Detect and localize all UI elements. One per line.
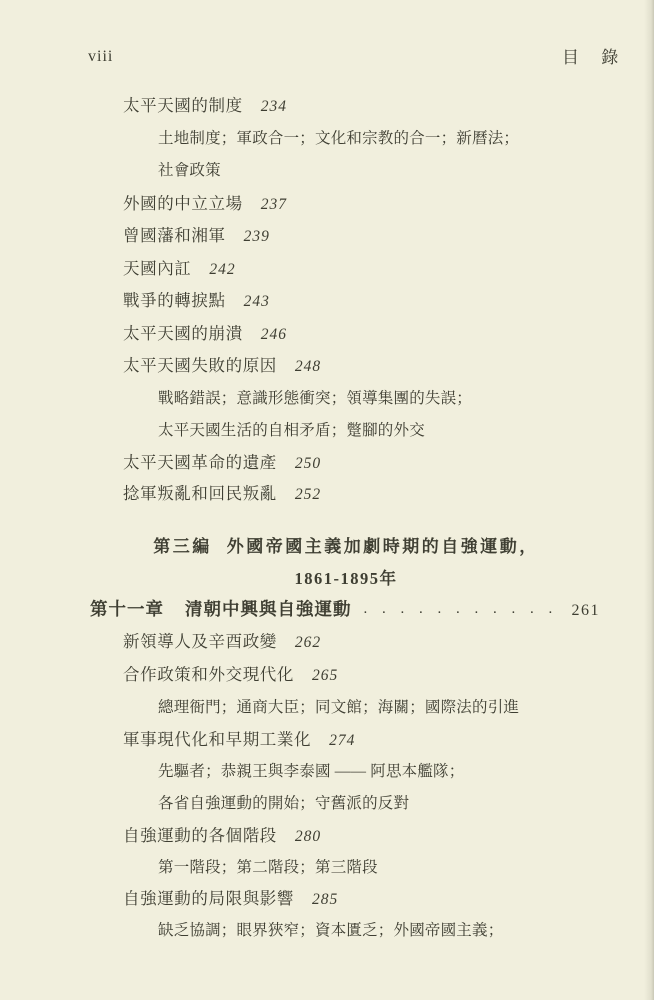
toc-subtopic: 太平天國生活的自相矛盾；蹩腳的外交 [158, 420, 425, 442]
toc-subtopic: 土地制度；軍政合一；文化和宗教的合一；新曆法； [158, 128, 519, 150]
toc-subtopic-text: 各省自強運動的開始；守舊派的反對 [158, 795, 409, 812]
toc-entry-page: 242 [209, 261, 235, 278]
running-title: 目 錄 [562, 47, 627, 69]
toc-entry-title: 合作政策和外交現代化 [123, 665, 294, 684]
toc-entry-title: 外國的中立立場 [123, 194, 243, 213]
toc-entry: 自強運動的各個階段280 [123, 825, 321, 848]
toc-entry: 軍事現代化和早期工業化274 [123, 729, 355, 752]
toc-entry-title: 新領導人及辛酉政變 [123, 632, 277, 651]
toc-entry-page: 239 [244, 228, 270, 245]
toc-entry-title: 天國內訌 [123, 259, 191, 278]
folio-page-number: viii [88, 46, 113, 68]
toc-entry-page: 237 [261, 196, 287, 213]
toc-entry-page: 243 [244, 293, 270, 310]
toc-subtopic: 戰略錯誤；意識形態衝突；領導集團的失誤； [158, 388, 472, 410]
toc-subtopic-text: 先驅者；恭親王與李泰國 —— 阿思本艦隊； [158, 763, 464, 780]
page-edge-shadow [644, 0, 654, 1000]
toc-entry-page: 246 [261, 326, 287, 343]
chapter-page: 261 [572, 600, 601, 622]
toc-subtopic-text: 社會政策 [158, 162, 221, 179]
toc-entry: 合作政策和外交現代化265 [123, 664, 338, 687]
toc-entry-page: 262 [295, 634, 321, 651]
chapter-heading: 第十一章 清朝中興與自強運動 . . . . . . . . . . . . .… [90, 598, 600, 622]
toc-subtopic: 總理衙門；通商大臣；同文館；海關；國際法的引進 [158, 697, 519, 719]
toc-subtopic: 先驅者；恭親王與李泰國 —— 阿思本艦隊； [158, 761, 464, 783]
part-title: 外國帝國主義加劇時期的自強運動， [227, 537, 539, 556]
toc-entry: 太平天國的崩潰246 [123, 323, 287, 346]
toc-entry-title: 自強運動的各個階段 [123, 826, 277, 845]
part-years: 1861-1895年 [88, 568, 604, 590]
toc-entry-title: 太平天國的制度 [123, 96, 243, 115]
toc-entry-page: 280 [295, 828, 321, 845]
toc-entry: 太平天國革命的遺產250 [123, 452, 321, 475]
toc-subtopic: 第一階段；第二階段；第三階段 [158, 857, 378, 879]
part-heading: 第三編外國帝國主義加劇時期的自強運動， [88, 536, 604, 558]
toc-entry-page: 285 [312, 891, 338, 908]
toc-subtopic-text: 太平天國生活的自相矛盾；蹩腳的外交 [158, 422, 425, 439]
toc-entry-page: 265 [312, 667, 338, 684]
toc-entry-page: 274 [329, 732, 355, 749]
dot-leader: . . . . . . . . . . . . . . . . . . . . … [364, 598, 566, 620]
toc-entry-page: 248 [295, 358, 321, 375]
toc-entry-title: 捻軍叛亂和回民叛亂 [123, 484, 277, 503]
toc-subtopic-text: 第一階段；第二階段；第三階段 [158, 859, 378, 876]
toc-subtopic-text: 戰略錯誤；意識形態衝突；領導集團的失誤； [158, 390, 472, 407]
toc-entry: 捻軍叛亂和回民叛亂252 [123, 483, 321, 506]
toc-entry-title: 自強運動的局限與影響 [123, 889, 294, 908]
toc-entry-title: 太平天國革命的遺產 [123, 453, 277, 472]
toc-entry: 外國的中立立場237 [123, 193, 287, 216]
toc-subtopic: 缺乏協調；眼界狹窄；資本匱乏；外國帝國主義； [158, 920, 503, 942]
toc-entry: 自強運動的局限與影響285 [123, 888, 338, 911]
toc-entry: 太平天國的制度234 [123, 95, 287, 118]
chapter-number: 第十一章 [90, 598, 164, 620]
toc-subtopic-text: 缺乏協調；眼界狹窄；資本匱乏；外國帝國主義； [158, 922, 503, 939]
toc-entry-page: 252 [295, 486, 321, 503]
toc-entry-title: 太平天國失敗的原因 [123, 356, 277, 375]
toc-entry-page: 234 [261, 98, 287, 115]
toc-entry: 戰爭的轉捩點243 [123, 290, 270, 313]
toc-subtopic-text: 土地制度；軍政合一；文化和宗教的合一；新曆法； [158, 130, 519, 147]
toc-entry: 天國內訌242 [123, 258, 236, 281]
chapter-title: 清朝中興與自強運動 [185, 598, 352, 620]
toc-subtopic: 各省自強運動的開始；守舊派的反對 [158, 793, 409, 815]
toc-subtopic-text: 總理衙門；通商大臣；同文館；海關；國際法的引進 [158, 699, 519, 716]
part-label: 第三編 [153, 537, 212, 556]
toc-subtopic: 社會政策 [158, 160, 221, 182]
toc-page: viii 目 錄 太平天國的制度234 土地制度；軍政合一；文化和宗教的合一；新… [0, 0, 654, 1000]
toc-entry-title: 曾國藩和湘軍 [123, 226, 226, 245]
toc-entry-title: 戰爭的轉捩點 [123, 291, 226, 310]
toc-entry: 太平天國失敗的原因248 [123, 355, 321, 378]
toc-entry-title: 太平天國的崩潰 [123, 324, 243, 343]
toc-entry-title: 軍事現代化和早期工業化 [123, 730, 311, 749]
toc-entry: 新領導人及辛酉政變262 [123, 631, 321, 654]
toc-entry-page: 250 [295, 455, 321, 472]
toc-entry: 曾國藩和湘軍239 [123, 225, 270, 248]
